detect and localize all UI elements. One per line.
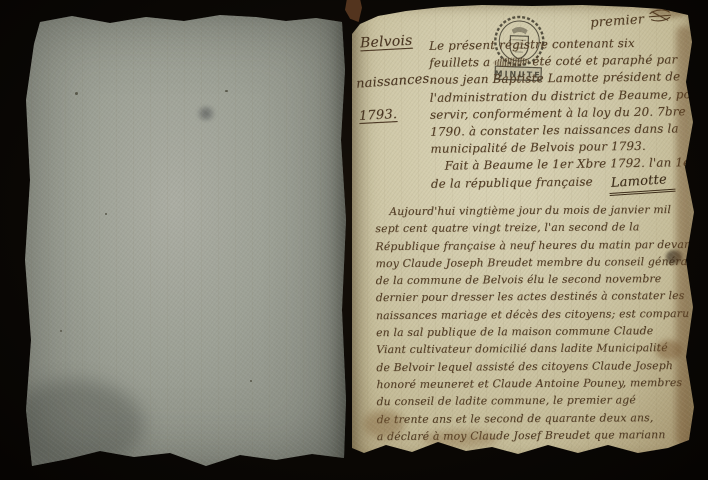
paper-speck [60,330,62,332]
manuscript-line: honoré meuneret et Claude Antoine Pouney… [376,374,696,394]
signature-lamotte: Lamotte [608,170,675,196]
manuscript-line: de la république françaiseLamotte [431,172,693,197]
right-page-manuscript: Belvois naissances. 1793. premier [350,2,696,462]
paper-smudge [196,106,216,121]
manuscript-line: de trente ans et le second de quarante d… [377,408,697,428]
manuscript-line: naissances mariage et décès des citoyens… [376,305,696,325]
manuscript-line: moy Claude Joseph Breudet membre du cons… [376,253,696,273]
margin-note-year: 1793. [359,107,398,124]
manuscript-line: République française à neuf heures du ma… [375,235,695,255]
margin-note-type: naissances. [356,71,435,91]
paper-speck [75,92,78,95]
paper-speck [105,213,107,215]
crossed-out-word [493,57,529,68]
manuscript-line: sept cent quatre vingt treize, l'an seco… [375,218,695,238]
manuscript-line: Viant cultivateur domicilié dans ladite … [376,339,696,359]
manuscript-line: en la sal publique de la maison commune … [376,322,696,342]
manuscript-line: dernier pour dresser les actes destinés … [376,287,696,307]
manuscript-line-text: feuillets a [429,55,490,70]
foxing-stain [422,430,498,448]
corner-shading [4,380,144,470]
manuscript-line: de Belvoir lequel assisté des citoyens C… [376,357,696,377]
manuscript-line: du conseil de ladite commune, le premier… [376,391,696,411]
certificate-paragraph: Le présent régistre contenant six feuill… [429,34,693,196]
paper-speck [250,380,252,382]
birth-act-paragraph: Aujourd'hui vingtième jour du mois de ja… [375,201,697,445]
manuscript-line-text: été coté et paraphé par [532,53,677,69]
foxing-stain [364,410,404,438]
manuscript-line: de la commune de Belvois élu le second n… [376,270,696,290]
left-page-blank [14,10,348,472]
edge-stain [650,6,686,18]
folio-label-text: premier [590,12,645,31]
archive-scan-background: Belvois naissances. 1793. premier [0,0,708,480]
manuscript-line: Aujourd'hui vingtième jour du mois de ja… [375,201,695,221]
fore-edge-staining [676,26,691,446]
paper-speck [225,90,228,92]
manuscript-line-text: de la république française [431,174,593,190]
spine-fragment [345,0,362,22]
margin-note-place: Belvois [360,33,413,52]
